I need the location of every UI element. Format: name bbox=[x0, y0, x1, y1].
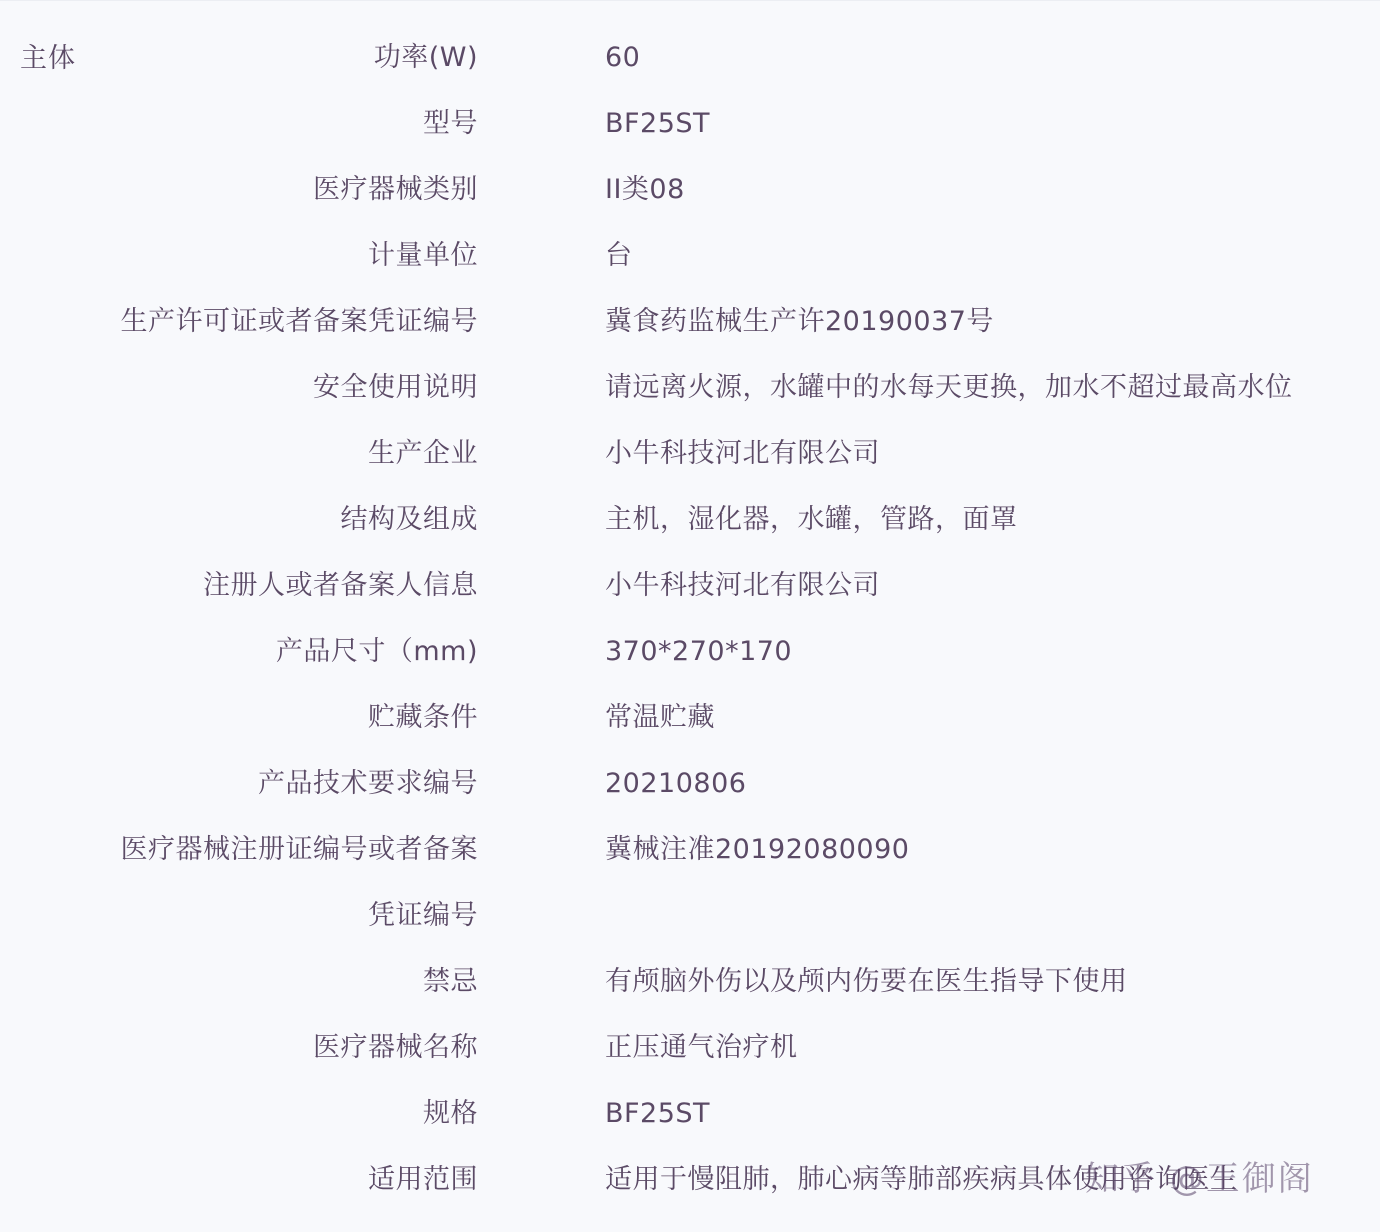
spec-value: 小牛科技河北有限公司 bbox=[605, 566, 880, 606]
spec-row-scope: 适用范围 适用于慢阻肺，肺心病等肺部疾病具体使用咨询医生 bbox=[0, 1160, 1380, 1226]
spec-row-production-license: 生产许可证或者备案凭证编号 冀食药监械生产许20190037号 bbox=[0, 302, 1380, 368]
spec-value: 正压通气治疗机 bbox=[605, 1028, 798, 1068]
spec-row-components: 结构及组成 主机，湿化器，水罐，管路，面罩 bbox=[0, 500, 1380, 566]
spec-value: BF25ST bbox=[605, 104, 710, 144]
spec-key: 医疗器械类别 bbox=[313, 170, 478, 210]
spec-value: 小牛科技河北有限公司 bbox=[605, 434, 880, 474]
spec-key: 产品尺寸（mm) bbox=[276, 632, 478, 672]
spec-value: 冀食药监械生产许20190037号 bbox=[605, 302, 994, 342]
spec-row-registrant: 注册人或者备案人信息 小牛科技河北有限公司 bbox=[0, 566, 1380, 632]
spec-row-dimensions: 产品尺寸（mm) 370*270*170 bbox=[0, 632, 1380, 698]
spec-key: 功率(W) bbox=[374, 38, 478, 78]
spec-table: 功率(W) 60 型号 BF25ST 医疗器械类别 II类08 计量单位 台 生… bbox=[0, 38, 1380, 1226]
spec-row-contraindications: 禁忌 有颅脑外伤以及颅内伤要在医生指导下使用 bbox=[0, 962, 1380, 1028]
spec-key: 禁忌 bbox=[423, 962, 478, 1002]
spec-value: 常温贮藏 bbox=[605, 698, 715, 738]
spec-row-device-name: 医疗器械名称 正压通气治疗机 bbox=[0, 1028, 1380, 1094]
spec-value: 适用于慢阻肺，肺心病等肺部疾病具体使用咨询医生 bbox=[605, 1160, 1238, 1200]
spec-row-model: 型号 BF25ST bbox=[0, 104, 1380, 170]
spec-row-registration-number: 医疗器械注册证编号或者备案 冀械注准20192080090 bbox=[0, 830, 1380, 896]
spec-key: 注册人或者备案人信息 bbox=[203, 566, 478, 606]
spec-key: 贮藏条件 bbox=[368, 698, 478, 738]
spec-row-specification: 规格 BF25ST bbox=[0, 1094, 1380, 1160]
spec-value: 冀械注准20192080090 bbox=[605, 830, 909, 870]
spec-key: 产品技术要求编号 bbox=[258, 764, 478, 804]
spec-key: 安全使用说明 bbox=[313, 368, 478, 408]
spec-row-power: 功率(W) 60 bbox=[0, 38, 1380, 104]
spec-value: 台 bbox=[605, 236, 633, 276]
spec-value: 370*270*170 bbox=[605, 632, 792, 672]
spec-key: 生产企业 bbox=[368, 434, 478, 474]
spec-key: 结构及组成 bbox=[341, 500, 479, 540]
spec-key: 生产许可证或者备案凭证编号 bbox=[121, 302, 479, 342]
spec-value: 有颅脑外伤以及颅内伤要在医生指导下使用 bbox=[605, 962, 1128, 1002]
spec-row-storage: 贮藏条件 常温贮藏 bbox=[0, 698, 1380, 764]
spec-value: 请远离火源，水罐中的水每天更换，加水不超过最高水位 bbox=[605, 368, 1293, 408]
spec-key: 计量单位 bbox=[368, 236, 478, 276]
spec-row-tech-requirements: 产品技术要求编号 20210806 bbox=[0, 764, 1380, 830]
spec-key: 型号 bbox=[423, 104, 478, 144]
spec-row-registration-number-cont: 凭证编号 bbox=[0, 896, 1380, 962]
spec-value: 60 bbox=[605, 38, 640, 78]
spec-key: 医疗器械名称 bbox=[313, 1028, 478, 1068]
spec-row-manufacturer: 生产企业 小牛科技河北有限公司 bbox=[0, 434, 1380, 500]
spec-sheet: 主体 功率(W) 60 型号 BF25ST 医疗器械类别 II类08 计量单位 … bbox=[0, 0, 1380, 1232]
spec-key: 凭证编号 bbox=[368, 896, 478, 936]
spec-value: 20210806 bbox=[605, 764, 746, 804]
spec-value: II类08 bbox=[605, 170, 685, 210]
spec-value: 主机，湿化器，水罐，管路，面罩 bbox=[605, 500, 1018, 540]
spec-key: 规格 bbox=[423, 1094, 478, 1134]
spec-key: 适用范围 bbox=[368, 1160, 478, 1200]
spec-value: BF25ST bbox=[605, 1094, 710, 1134]
spec-row-unit: 计量单位 台 bbox=[0, 236, 1380, 302]
spec-row-device-class: 医疗器械类别 II类08 bbox=[0, 170, 1380, 236]
spec-row-safety-instructions: 安全使用说明 请远离火源，水罐中的水每天更换，加水不超过最高水位 bbox=[0, 368, 1380, 434]
spec-key: 医疗器械注册证编号或者备案 bbox=[121, 830, 479, 870]
